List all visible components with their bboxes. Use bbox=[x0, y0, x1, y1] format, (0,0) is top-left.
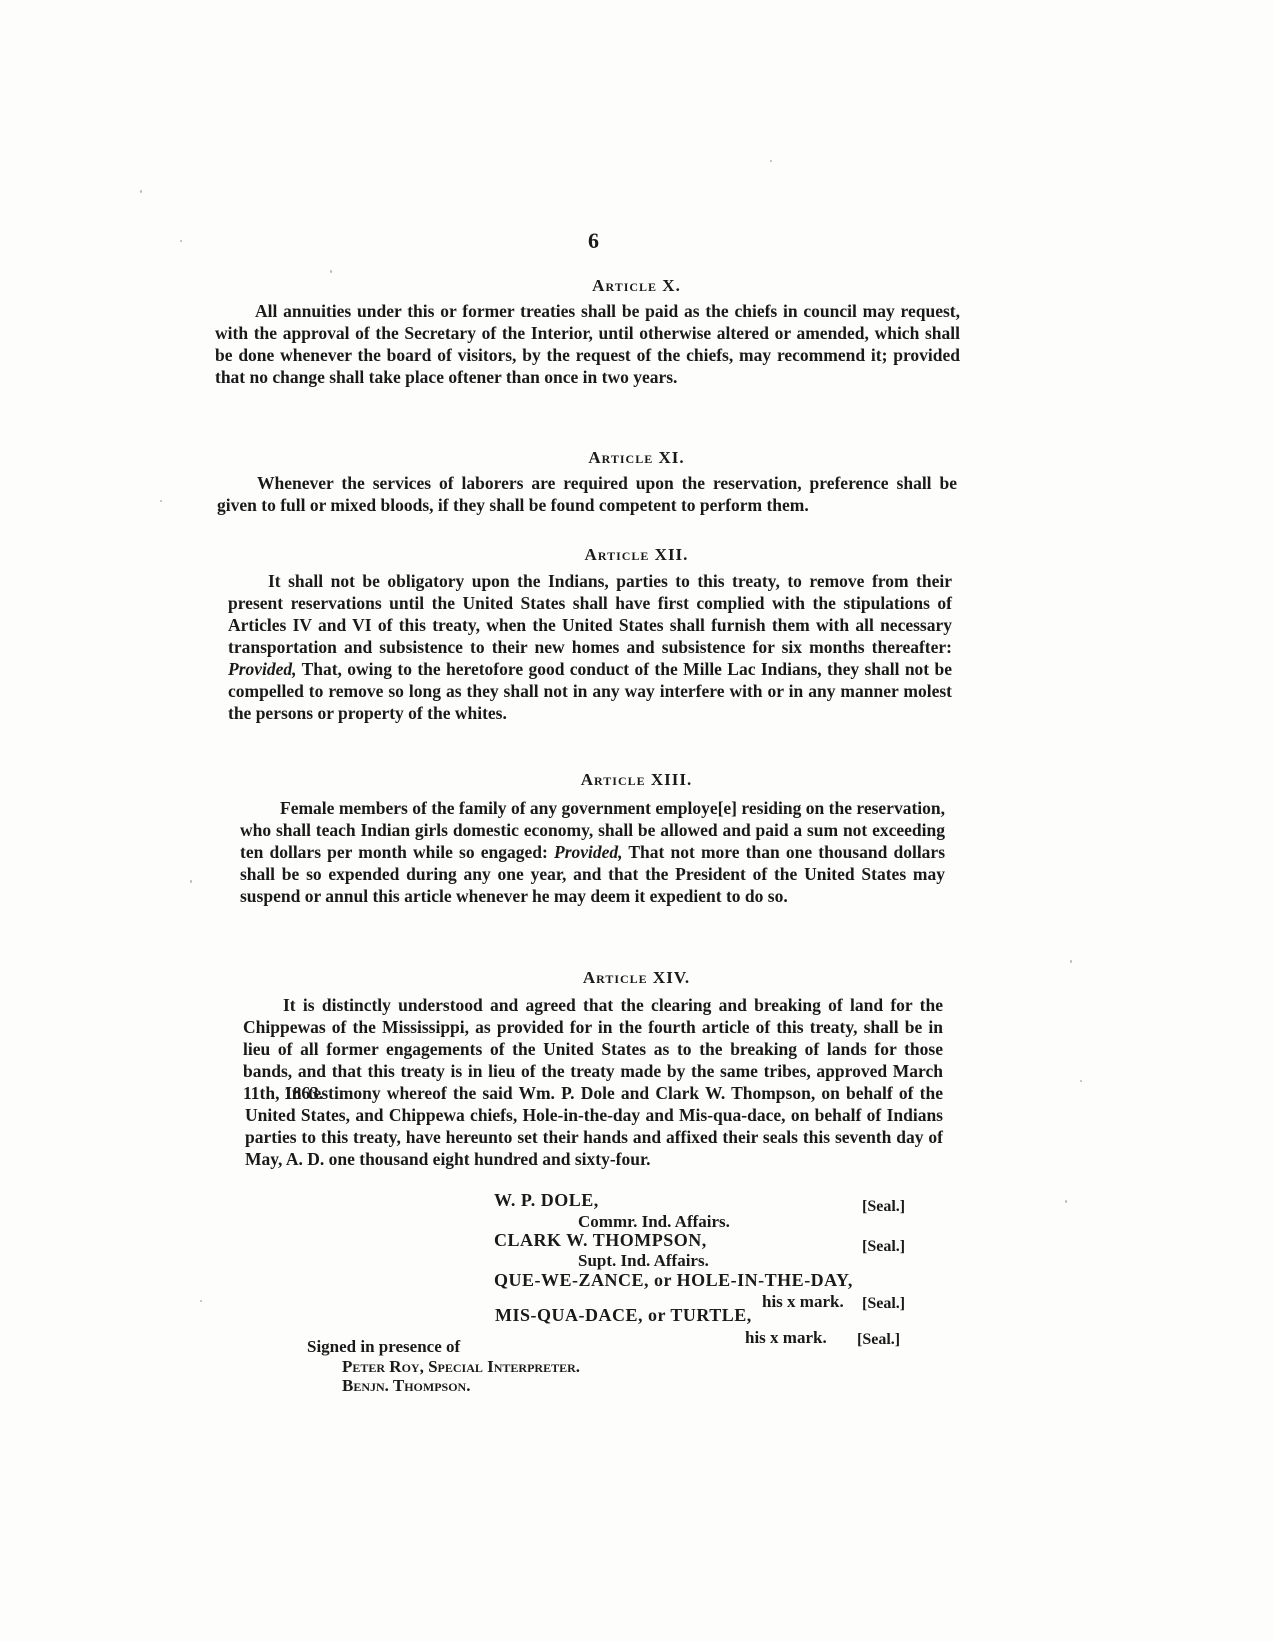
scan-speck bbox=[140, 190, 142, 193]
mark-turtle: his x mark. bbox=[745, 1328, 827, 1348]
scan-speck bbox=[160, 500, 162, 502]
signature-turtle: MIS-QUA-DACE, or TURTLE, bbox=[495, 1305, 752, 1326]
provided-italic: Provided, bbox=[554, 842, 623, 862]
seal-turtle: [Seal.] bbox=[857, 1331, 900, 1349]
page-number: 6 bbox=[588, 228, 599, 254]
title-thompson: Supt. Ind. Affairs. bbox=[578, 1251, 709, 1271]
witness-peter-roy: Peter Roy, Special Interpreter. bbox=[342, 1357, 580, 1377]
scan-speck bbox=[190, 880, 192, 883]
document-page: 6 Article X. All annuities under this or… bbox=[0, 0, 1273, 1642]
article-x-heading: Article X. bbox=[0, 276, 1273, 296]
article-xii-heading: Article XII. bbox=[0, 545, 1273, 565]
scan-speck bbox=[1080, 1080, 1082, 1082]
signature-thompson: CLARK W. THOMPSON, bbox=[494, 1230, 707, 1251]
witnesses-label: Signed in presence of bbox=[307, 1337, 460, 1357]
scan-speck bbox=[330, 270, 332, 273]
signature-hole-in-the-day: QUE-WE-ZANCE, or HOLE-IN-THE-DAY, bbox=[494, 1270, 853, 1291]
seal-thompson: [Seal.] bbox=[862, 1238, 905, 1256]
article-xi-text: Whenever the services of laborers are re… bbox=[217, 472, 957, 516]
scan-speck bbox=[200, 1300, 202, 1302]
witness-benjn-thompson: Benjn. Thompson. bbox=[342, 1376, 470, 1396]
mark-hole-in-the-day: his x mark. bbox=[762, 1292, 844, 1312]
seal-dole: [Seal.] bbox=[862, 1198, 905, 1216]
article-x-text: All annuities under this or former treat… bbox=[215, 300, 960, 388]
article-xiv-heading: Article XIV. bbox=[0, 968, 1273, 988]
article-xii-text: It shall not be obligatory upon the Indi… bbox=[228, 570, 952, 724]
article-xi-heading: Article XI. bbox=[0, 448, 1273, 468]
signature-dole: W. P. DOLE, bbox=[494, 1190, 599, 1211]
testimony-text: In testimony whereof the said Wm. P. Dol… bbox=[245, 1082, 943, 1170]
scan-speck bbox=[1065, 1200, 1067, 1203]
article-xiii-heading: Article XIII. bbox=[0, 770, 1273, 790]
title-dole: Commr. Ind. Affairs. bbox=[578, 1212, 730, 1232]
scan-speck bbox=[1070, 960, 1072, 963]
scan-speck bbox=[770, 160, 772, 162]
provided-italic: Provided, bbox=[228, 659, 297, 679]
article-xiii-text: Female members of the family of any gove… bbox=[240, 797, 945, 907]
seal-hole-in-the-day: [Seal.] bbox=[862, 1295, 905, 1313]
scan-speck bbox=[180, 240, 182, 242]
